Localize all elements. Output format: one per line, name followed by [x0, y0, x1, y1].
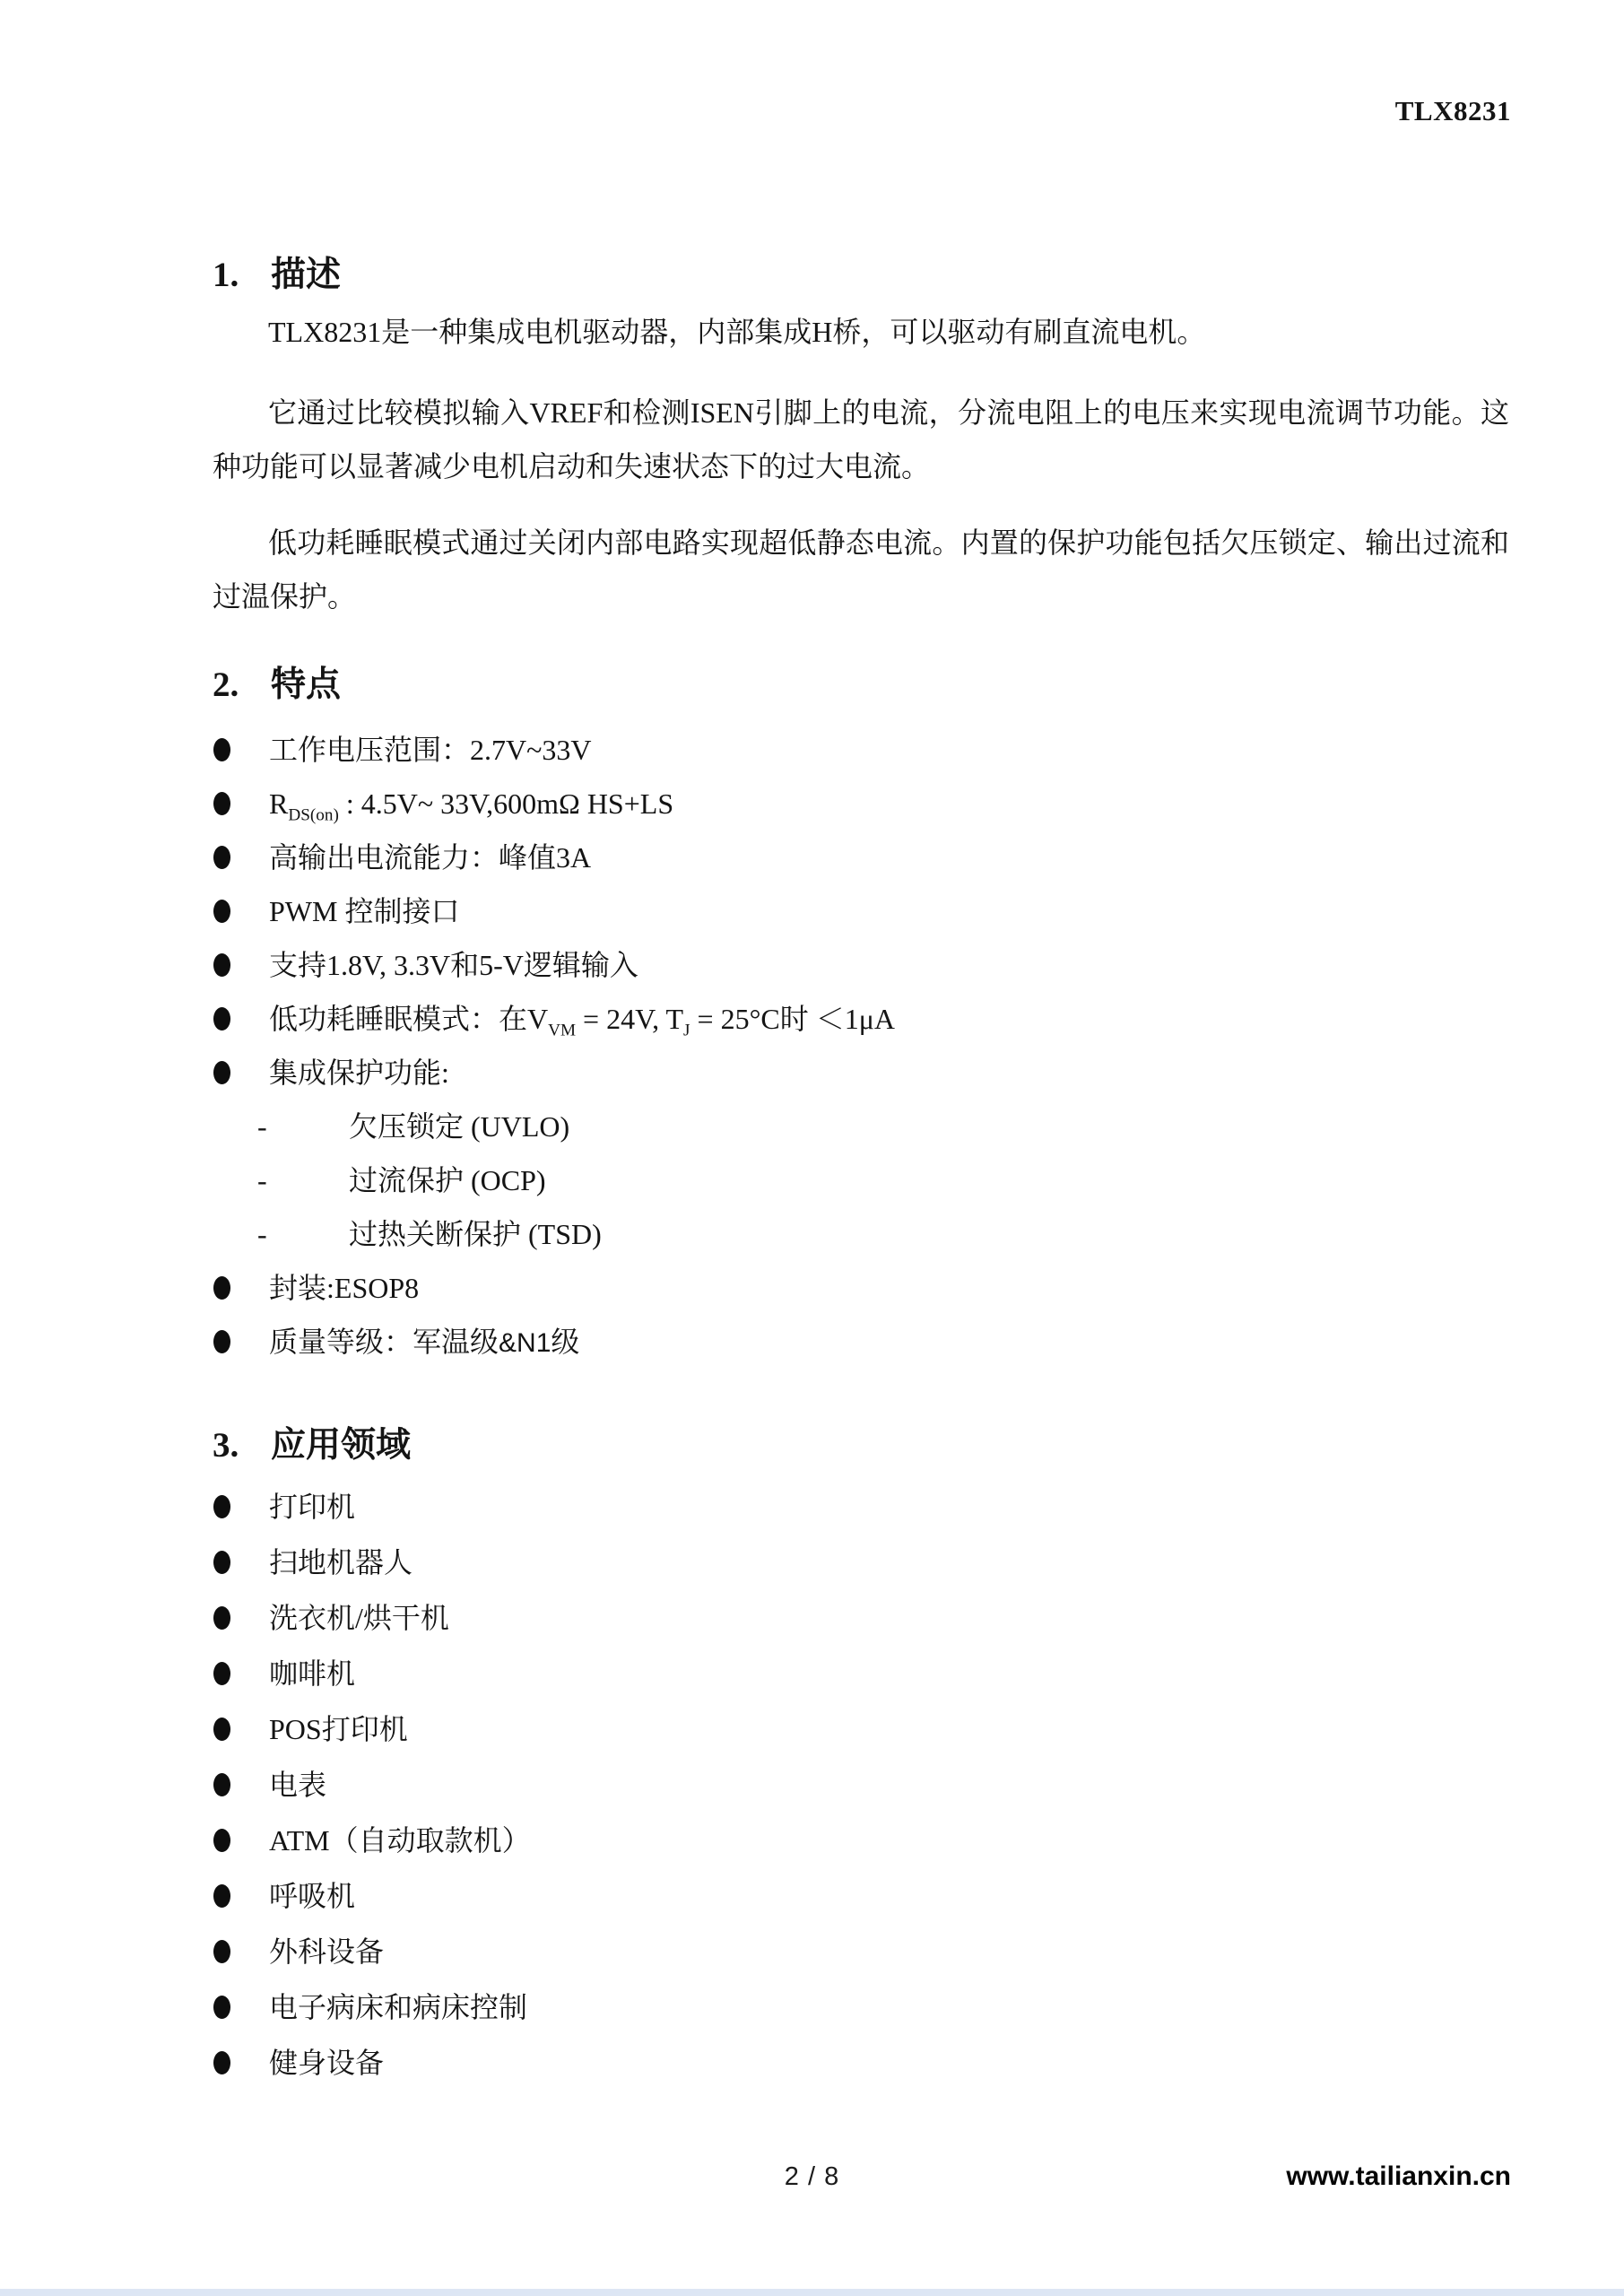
bullet-icon — [213, 2051, 230, 2074]
bullet-icon — [213, 1718, 230, 1741]
list-item: ATM（自动取款机） — [213, 1813, 1509, 1868]
list-item: 健身设备 — [213, 2035, 1509, 2091]
bullet-icon — [213, 1276, 230, 1300]
bullet-icon — [213, 1606, 230, 1630]
list-item: 扫地机器人 — [213, 1535, 1509, 1590]
bullet-icon — [213, 1551, 230, 1574]
bullet-icon — [213, 1773, 230, 1796]
quality-grade-code: &N1 — [499, 1328, 551, 1358]
list-item: 质量等级：军温级&N1级 — [213, 1315, 1509, 1369]
description-paragraph: TLX8231是一种集成电机驱动器，内部集成H桥，可以驱动有刷直流电机。 — [213, 305, 1509, 359]
list-item: 低功耗睡眠模式：在VVM = 24V, TJ = 25°C时 ＜1μA — [213, 992, 1509, 1046]
section-number: 3. — [213, 1424, 271, 1467]
bullet-icon — [213, 953, 230, 977]
protection-sub-item: - 欠压锁定 (UVLO) — [213, 1100, 1509, 1153]
bullet-icon — [213, 1330, 230, 1353]
rdson-symbol: R — [269, 787, 288, 820]
protection-sub-item: - 过热关断保护 (TSD) — [213, 1207, 1509, 1261]
list-item: 打印机 — [213, 1479, 1509, 1535]
list-item: 电子病床和病床控制 — [213, 1979, 1509, 2035]
sleep-mode-text: 低功耗睡眠模式：在V — [269, 1003, 548, 1035]
bullet-icon — [213, 1940, 230, 1963]
list-item: 支持1.8V, 3.3V和5-V逻辑输入 — [213, 938, 1509, 992]
list-item: POS打印机 — [213, 1701, 1509, 1757]
list-item: RDS(on) : 4.5V~ 33V,600mΩ HS+LS — [213, 777, 1509, 831]
section-heading-applications: 3. 应用领域 — [213, 1424, 1509, 1467]
section-title: 特点 — [271, 664, 341, 707]
website-link[interactable]: www.tailianxin.cn — [1286, 2161, 1511, 2192]
list-item: PWM 控制接口 — [213, 884, 1509, 938]
list-item: 高输出电流能力：峰值3A — [213, 831, 1509, 884]
bullet-icon — [213, 738, 230, 761]
dash-icon: - — [257, 1207, 267, 1261]
list-item: 呼吸机 — [213, 1868, 1509, 1924]
list-item: 洗衣机/烘干机 — [213, 1590, 1509, 1646]
features-list: 工作电压范围：2.7V~33V RDS(on) : 4.5V~ 33V,600m… — [213, 723, 1509, 1369]
quality-grade-text: 级 — [551, 1326, 579, 1358]
rdson-value: : 4.5V~ 33V,600mΩ HS+LS — [339, 787, 673, 820]
list-item: 咖啡机 — [213, 1646, 1509, 1701]
applications-list: 打印机 扫地机器人 洗衣机/烘干机 咖啡机 POS打印机 电表 ATM（自动取款… — [213, 1479, 1509, 2091]
tj-subscript: J — [683, 1021, 690, 1039]
dash-icon: - — [257, 1100, 267, 1153]
list-item: 电表 — [213, 1757, 1509, 1813]
vvm-subscript: VM — [548, 1021, 576, 1039]
bullet-icon — [213, 1495, 230, 1518]
section-heading-description: 1. 描述 — [213, 254, 1509, 297]
bottom-edge-strip — [0, 2289, 1624, 2296]
bullet-icon — [213, 1007, 230, 1031]
quality-grade-text: 质量等级：军温级 — [269, 1326, 499, 1358]
rdson-subscript: DS(on) — [288, 805, 339, 824]
protection-sub-item: - 过流保护 (OCP) — [213, 1153, 1509, 1207]
list-item: 外科设备 — [213, 1924, 1509, 1979]
list-item: 集成保护功能: — [213, 1046, 1509, 1100]
bullet-icon — [213, 1829, 230, 1852]
datasheet-page: TLX8231 1. 描述 TLX8231是一种集成电机驱动器，内部集成H桥，可… — [0, 0, 1624, 2296]
dash-icon: - — [257, 1153, 267, 1207]
sleep-mode-text: = 25°C时 ＜1μA — [690, 1003, 895, 1035]
section-heading-features: 2. 特点 — [213, 664, 1509, 707]
section-number: 2. — [213, 664, 271, 707]
bullet-icon — [213, 1662, 230, 1685]
sleep-mode-text: = 24V, T — [576, 1003, 683, 1035]
section-title: 描述 — [271, 254, 341, 297]
bullet-icon — [213, 1996, 230, 2019]
bullet-icon — [213, 846, 230, 869]
list-item: 封装:ESOP8 — [213, 1261, 1509, 1315]
list-item: 工作电压范围：2.7V~33V — [213, 723, 1509, 777]
section-title: 应用领域 — [271, 1424, 411, 1467]
page-header-part-number: TLX8231 — [1395, 95, 1511, 127]
bullet-icon — [213, 900, 230, 923]
description-paragraph: 低功耗睡眠模式通过关闭内部电路实现超低静态电流。内置的保护功能包括欠压锁定、输出… — [213, 516, 1509, 623]
bullet-icon — [213, 1884, 230, 1908]
section-number: 1. — [213, 254, 271, 297]
bullet-icon — [213, 1061, 230, 1084]
description-paragraph: 它通过比较模拟输入VREF和检测ISEN引脚上的电流，分流电阻上的电压来实现电流… — [213, 386, 1509, 493]
bullet-icon — [213, 792, 230, 815]
